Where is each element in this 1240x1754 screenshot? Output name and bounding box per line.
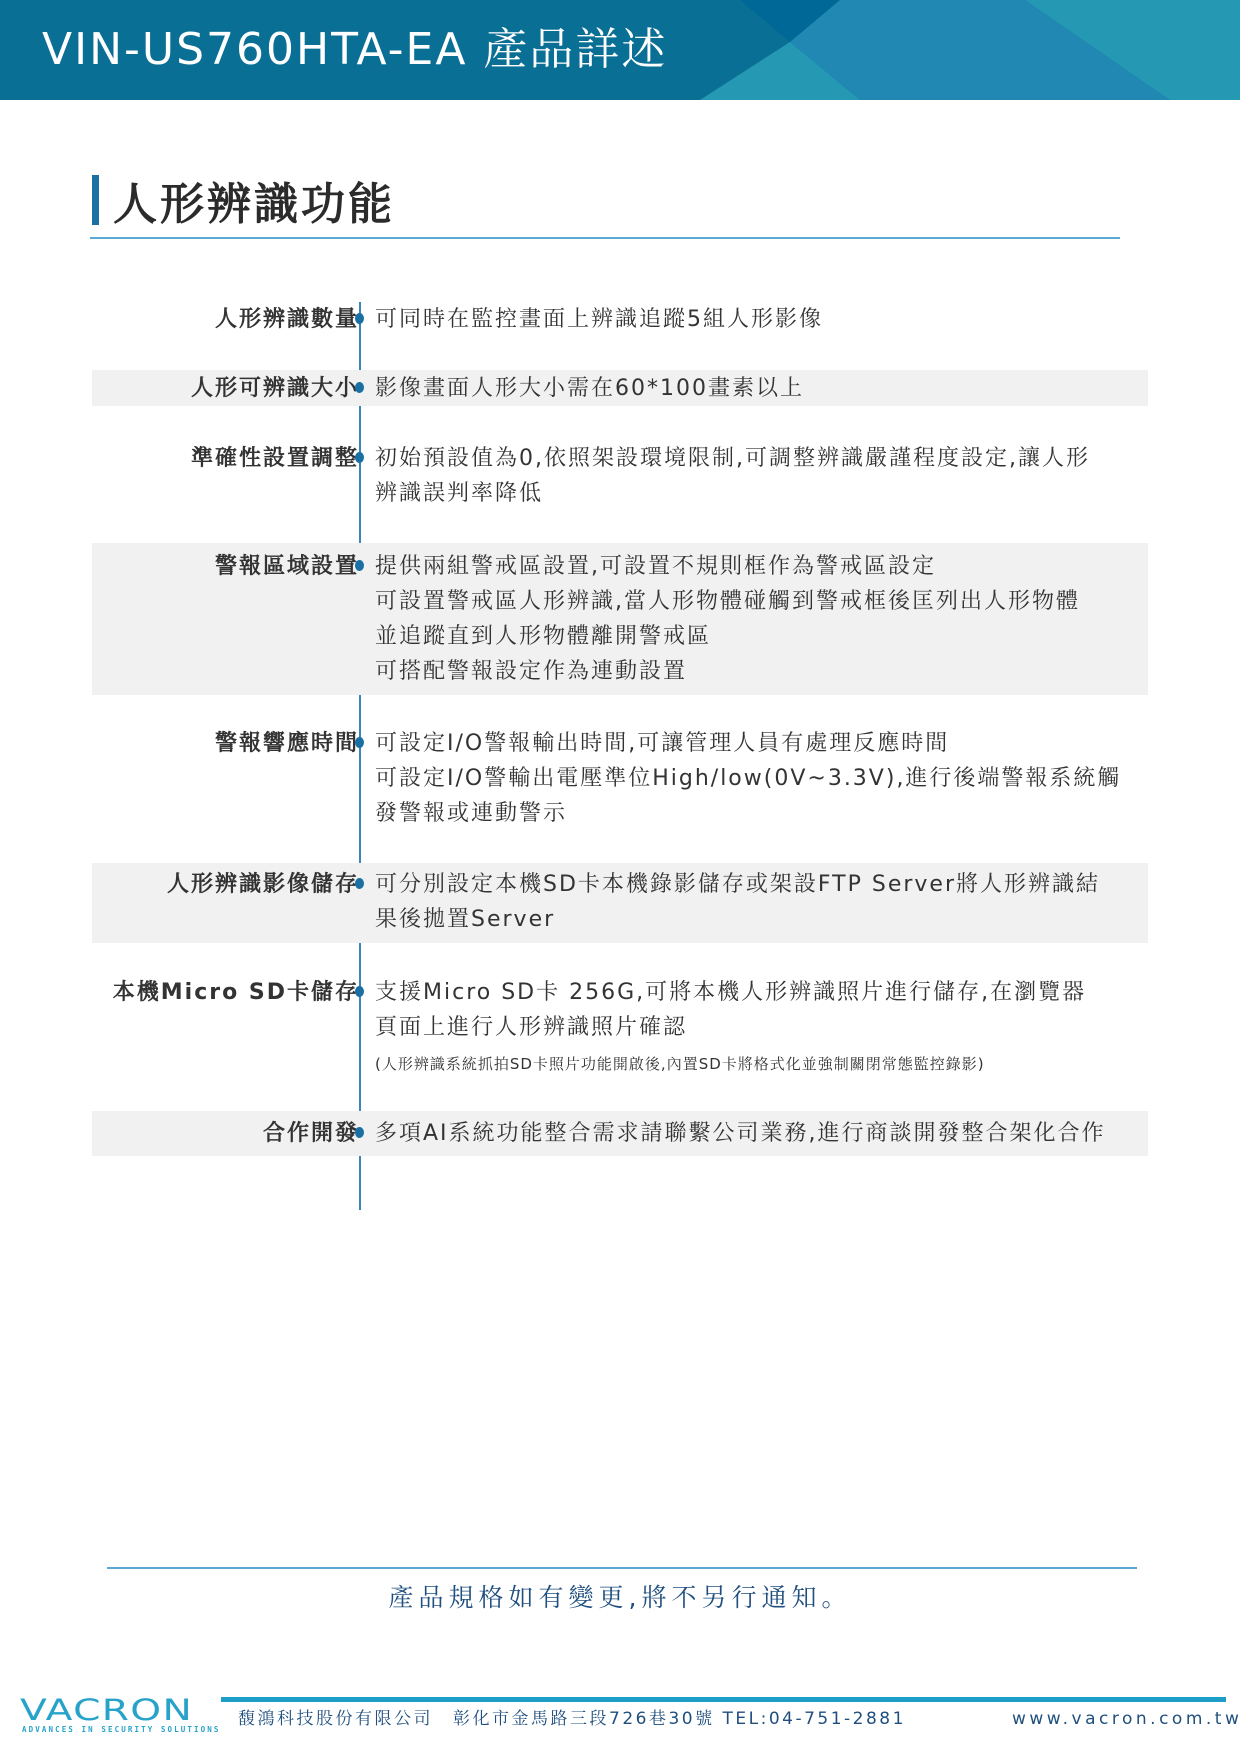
spec-note: (人形辨識系統抓拍SD卡照片功能開啟後,內置SD卡將格式化並強制關閉常態監控錄影… [375,1051,1145,1077]
spec-value-line: 支援Micro SD卡 256G,可將本機人形辨識照片進行儲存,在瀏覽器 [375,975,1145,1010]
footer-divider [221,1697,1226,1702]
page-title: VIN-US760HTA-EA 產品詳述 [42,22,667,78]
company-tel: TEL:04-751-2881 [723,1709,906,1729]
spec-row-alarm-response: 警報響應時間 可設定I/O警報輸出時間,可讓管理人員有處理反應時間 可設定I/O… [92,725,1148,835]
spec-row-human-count: 人形辨識數量 可同時在監控畫面上辨識追蹤5組人形影像 [92,300,1148,340]
spec-value-line: 可同時在監控畫面上辨識追蹤5組人形影像 [375,302,1145,337]
header-banner: VIN-US760HTA-EA 產品詳述 [0,0,1240,100]
section-heading: 人形辨識功能 [92,172,395,228]
spec-value-line: 辨識誤判率降低 [375,476,1145,511]
spec-value-line: 可搭配警報設定作為連動設置 [375,654,1145,689]
spec-value: 初始預設值為0,依照架設環境限制,可調整辨識嚴謹程度設定,讓人形 辨識誤判率降低 [375,441,1145,511]
spec-label: 人形辨識數量 [215,302,359,333]
spec-change-notice: 產品規格如有變更,將不另行通知。 [0,1578,1240,1618]
website-link[interactable]: www.vacron.com.tw [1012,1706,1240,1732]
spec-label: 準確性設置調整 [191,441,359,472]
timeline-dot-icon [355,382,364,393]
spec-row-alarm-zone: 警報區域設置 提供兩組警戒區設置,可設置不規則框作為警戒區設定 可設置警戒區人形… [92,543,1148,695]
footer-contact: 馥鴻科技股份有限公司彰化市金馬路三段726巷30號 TEL:04-751-288… [238,1706,906,1732]
spec-value-line: 影像畫面人形大小需在60*100畫素以上 [375,371,1145,406]
spec-value-line: 可設定I/O警報輸出時間,可讓管理人員有處理反應時間 [375,726,1145,761]
spec-value: 可設定I/O警報輸出時間,可讓管理人員有處理反應時間 可設定I/O警輸出電壓準位… [375,726,1145,831]
spec-value-line: 並追蹤直到人形物體離開警戒區 [375,619,1145,654]
spec-value: 影像畫面人形大小需在60*100畫素以上 [375,371,1145,406]
spec-value-line: 可設定I/O警輸出電壓準位High/low(0V~3.3V),進行後端警報系統觸 [375,761,1145,796]
spec-value-line: 可設置警戒區人形辨識,當人形物體碰觸到警戒框後匡列出人形物體 [375,584,1145,619]
spec-label: 本機Micro SD卡儲存 [113,975,359,1006]
spec-value-line: 頁面上進行人形辨識照片確認 [375,1010,1145,1045]
spec-label: 警報響應時間 [215,726,359,757]
section-accent-bar [92,175,99,225]
spec-label: 人形辨識影像儲存 [167,867,359,898]
spec-value: 可分別設定本機SD卡本機錄影儲存或架設FTP Server將人形辨識結 果後拋置… [375,867,1145,937]
spec-value: 支援Micro SD卡 256G,可將本機人形辨識照片進行儲存,在瀏覽器 頁面上… [375,975,1145,1077]
timeline-dot-icon [355,986,364,997]
timeline-dot-icon [355,878,364,889]
spec-value: 多項AI系統功能整合需求請聯繫公司業務,進行商談開發整合架化合作 [375,1116,1145,1151]
spec-value-line: 發警報或連動警示 [375,796,1145,831]
logo-wordmark: VACRON [20,1695,193,1725]
spec-label: 人形可辨識大小 [191,371,359,402]
spec-row-cooperation: 合作開發 多項AI系統功能整合需求請聯繫公司業務,進行商談開發整合架化合作 [92,1111,1148,1156]
notice-divider [107,1567,1137,1569]
timeline-dot-icon [355,560,364,571]
timeline-dot-icon [355,313,364,324]
spec-row-image-storage: 人形辨識影像儲存 可分別設定本機SD卡本機錄影儲存或架設FTP Server將人… [92,863,1148,943]
company-address: 彰化市金馬路三段726巷30號 [453,1709,715,1729]
spec-row-microsd: 本機Micro SD卡儲存 支援Micro SD卡 256G,可將本機人形辨識照… [92,974,1148,1084]
spec-label: 警報區域設置 [215,549,359,580]
logo-tagline: ADVANCES IN SECURITY SOLUTIONS [22,1725,220,1734]
spec-value-line: 多項AI系統功能整合需求請聯繫公司業務,進行商談開發整合架化合作 [375,1116,1145,1151]
section-divider [90,237,1120,239]
spec-value: 可同時在監控畫面上辨識追蹤5組人形影像 [375,302,1145,337]
timeline-dot-icon [355,452,364,463]
spec-label: 合作開發 [263,1116,359,1147]
spec-value: 提供兩組警戒區設置,可設置不規則框作為警戒區設定 可設置警戒區人形辨識,當人形物… [375,549,1145,689]
company-name: 馥鴻科技股份有限公司 [238,1709,433,1729]
vacron-logo: VACRON ADVANCES IN SECURITY SOLUTIONS [20,1695,210,1735]
section-title: 人形辨識功能 [113,168,395,232]
spec-value-line: 果後拋置Server [375,902,1145,937]
spec-value-line: 可分別設定本機SD卡本機錄影儲存或架設FTP Server將人形辨識結 [375,867,1145,902]
timeline-dot-icon [355,1127,364,1138]
spec-row-accuracy: 準確性設置調整 初始預設值為0,依照架設環境限制,可調整辨識嚴謹程度設定,讓人形… [92,440,1148,515]
spec-value-line: 初始預設值為0,依照架設環境限制,可調整辨識嚴謹程度設定,讓人形 [375,441,1145,476]
timeline-dot-icon [355,737,364,748]
spec-value-line: 提供兩組警戒區設置,可設置不規則框作為警戒區設定 [375,549,1145,584]
spec-row-human-size: 人形可辨識大小 影像畫面人形大小需在60*100畫素以上 [92,370,1148,406]
